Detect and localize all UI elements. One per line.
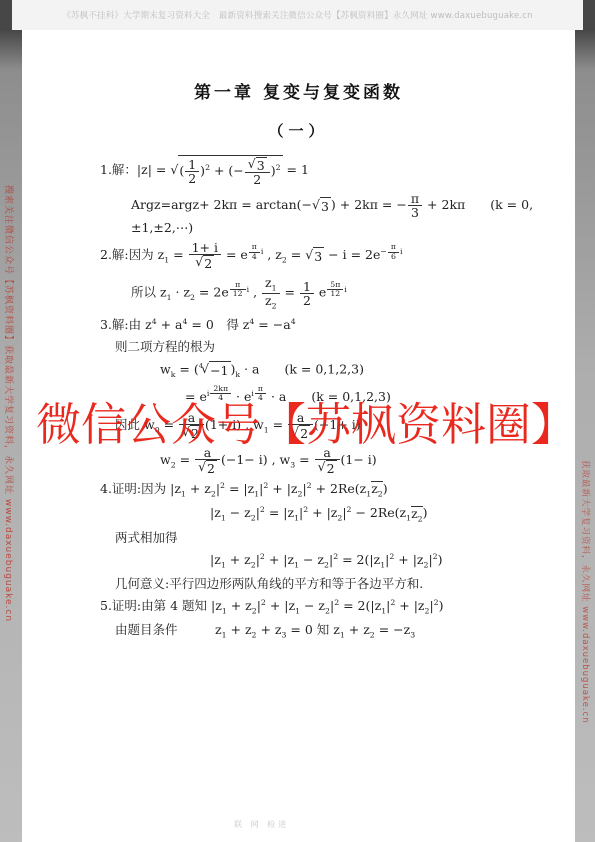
math-line: 3.解:由 z4 + a4 = 0 得 z4 = −a4	[100, 317, 547, 333]
math-line: 所以 z1 · z2 = 2eπ12i , z1z2 = 12 e5π12i	[100, 276, 547, 310]
math-line: 两式相加得	[100, 530, 547, 546]
footer-note: 联 网 检进	[234, 819, 289, 830]
math-line: 4.证明:因为 |z1 + z2|2 = |z1|2 + |z2|2 + 2Re…	[100, 481, 547, 499]
math-line: 2.解:因为 z1 = 1+ i√2 = eπ4i , z2 = √3 − i …	[100, 241, 547, 270]
math-line: 几何意义:平行四边形两队角线的平方和等于各边平方和.	[100, 576, 547, 592]
math-line: Argz=argz+ 2kπ = arctan(−√3) + 2kπ = −π3…	[100, 192, 547, 235]
math-line: |z1 − z2|2 = |z1|2 + |z2|2 − 2Re(z1z2)	[100, 505, 547, 523]
math-line: 1.解：|z| = √(12)2 + (−√32)2 = 1	[100, 155, 547, 186]
math-line: 则二项方程的根为	[100, 339, 547, 355]
math-line: 5.证明:由第 4 题知 |z1 + z2|2 + |z1 − z2|2 = 2…	[100, 598, 547, 616]
math-line: 由题目条件 z1 + z2 + z3 = 0 知 z1 + z2 = −z3	[100, 622, 547, 640]
math-line: |z1 + z2|2 + |z1 − z2|2 = 2(|z1|2 + |z2|…	[100, 552, 547, 570]
watermark-text: 微信公众号【苏枫资料圈】	[36, 388, 576, 453]
right-edge-promo-text: 获取最新大学复习资料，永久网址 www.daxuebuguake.cn	[580, 460, 592, 724]
math-line: wk = (4√−1)k · a (k = 0,1,2,3)	[100, 361, 547, 380]
section-subtitle: （一）	[22, 120, 575, 141]
chapter-title: 第一章 复变与复变函数	[22, 78, 575, 103]
left-edge-promo-text: 搜索关注微信公众号【苏枫资料圈】获取最新大学复习资料，永久网址 www.daxu…	[3, 185, 16, 622]
top-bar-promo-text: 《苏枫不挂科》大学期末复习资料大全 最新资料搜索关注微信公众号【苏枫资料圈】永久…	[62, 9, 533, 21]
viewer-top-bar: 《苏枫不挂科》大学期末复习资料大全 最新资料搜索关注微信公众号【苏枫资料圈】永久…	[12, 0, 583, 30]
